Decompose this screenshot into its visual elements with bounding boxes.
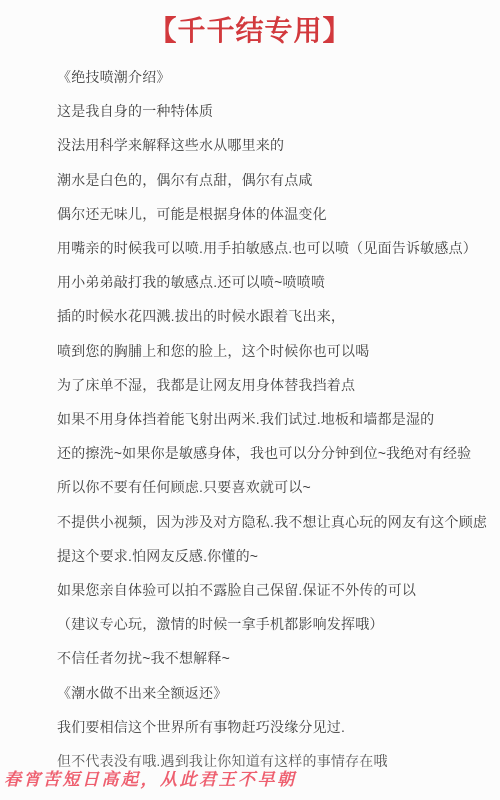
page-title: 【千千结专用】 xyxy=(0,12,500,50)
body-text: 《绝技喷潮介绍》这是我自身的一种特体质没法用科学来解释这些水从哪里来的潮水是白色… xyxy=(0,50,500,778)
text-line: 所以你不要有任何顾虑.只要喜欢就可以~ xyxy=(57,470,482,504)
text-line: 提这个要求.怕网友反感.你懂的~ xyxy=(57,539,482,573)
text-line: 喷到您的胸脯上和您的脸上，这个时候你也可以喝 xyxy=(57,334,482,368)
text-line: 用嘴亲的时候我可以喷.用手拍敏感点.也可以喷（见面告诉敏感点） xyxy=(57,231,482,265)
text-line: 还的擦洗~如果你是敏感身体，我也可以分分钟到位~我绝对有经验 xyxy=(57,436,482,470)
text-line: 为了床单不湿，我都是让网友用身体替我挡着点 xyxy=(57,368,482,402)
text-line: 不提供小视频，因为涉及对方隐私.我不想让真心玩的网友有这个顾虑 xyxy=(57,505,482,539)
text-line: 《潮水做不出来全额返还》 xyxy=(57,676,482,710)
text-line: 不信任者勿扰~我不想解释~ xyxy=(57,641,482,675)
text-line: 插的时候水花四溅.拔出的时候水跟着飞出来， xyxy=(57,299,482,333)
text-line: 潮水是白色的，偶尔有点甜，偶尔有点咸 xyxy=(57,163,482,197)
text-line: 《绝技喷潮介绍》 xyxy=(57,60,482,94)
text-line: 我们要相信这个世界所有事物赶巧没缘分见过. xyxy=(57,710,482,744)
text-line: 如果您亲自体验可以拍不露脸自己保留.保证不外传的可以 xyxy=(57,573,482,607)
text-line: 如果不用身体挡着能飞射出两米.我们试过.地板和墙都是湿的 xyxy=(57,402,482,436)
document-page: 【千千结专用】 《绝技喷潮介绍》这是我自身的一种特体质没法用科学来解释这些水从哪… xyxy=(0,0,500,800)
text-line: 用小弟弟敲打我的敏感点.还可以喷~喷喷喷 xyxy=(57,265,482,299)
text-line: 偶尔还无味儿，可能是根据身体的体温变化 xyxy=(57,197,482,231)
watermark-text: 春宵苦短日高起，从此君王不早朝 xyxy=(4,765,297,790)
text-line: （建议专心玩，激情的时候一拿手机都影响发挥哦） xyxy=(57,607,482,641)
text-line: 没法用科学来解释这些水从哪里来的 xyxy=(57,128,482,162)
text-line: 这是我自身的一种特体质 xyxy=(57,94,482,128)
